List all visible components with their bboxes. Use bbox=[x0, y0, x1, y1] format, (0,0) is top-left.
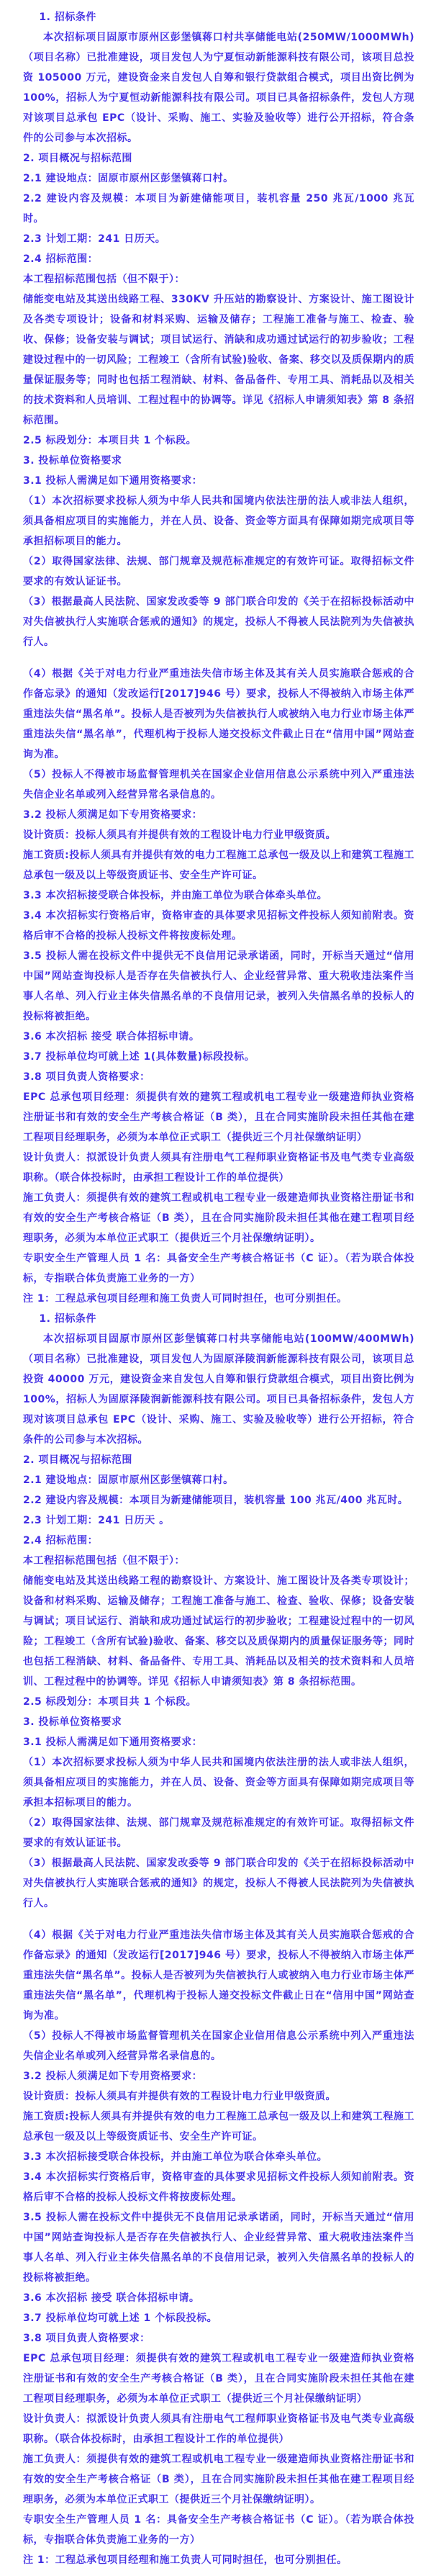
paragraph: 设计资质：投标人须具有并提供有效的工程设计电力行业甲级资质。 bbox=[23, 825, 414, 845]
paragraph: 3. 投标单位资格要求 bbox=[23, 1712, 414, 1732]
paragraph: 施工负责人：须提供有效的建筑工程或机电工程专业一级建造师执业资格注册证书和有效的… bbox=[23, 2449, 414, 2510]
paragraph: 3.6 本次招标 接受 联合体招标申请。 bbox=[23, 1027, 414, 1047]
paragraph: （3）根据最高人民法院、国家发改委等 9 部门联合印发的《关于在招标投标活动中对… bbox=[23, 1853, 414, 1914]
paragraph: 储能变电站及其送出线路工程的勘察设计、方案设计、施工图设计及各类专项设计；设备和… bbox=[23, 1571, 414, 1692]
paragraph: 2. 项目概况与招标范围 bbox=[23, 148, 414, 168]
paragraph: 3.4 本次招标实行资格后审，资格审查的具体要求见招标文件投标人须知前附表。资格… bbox=[23, 2167, 414, 2207]
paragraph: 2.2 建设内容及规模：本项目为新建储能项目，装机容量 100 兆瓦/400 兆… bbox=[23, 1490, 414, 1510]
paragraph: （2）取得国家法律、法规、部门规章及规范标准规定的有效许可证。取得招标文件要求的… bbox=[23, 551, 414, 592]
paragraph: 1. 招标条件 bbox=[23, 7, 414, 27]
paragraph: （5）投标人不得被市场监督管理机关在国家企业信用信息公示系统中列入严重违法失信企… bbox=[23, 765, 414, 805]
paragraph: 3.6 本次招标 接受 联合体招标申请。 bbox=[23, 2288, 414, 2308]
paragraph: 3.1 投标人需满足如下通用资格要求： bbox=[23, 471, 414, 491]
paragraph: 3.7 投标单位均可就上述 1(具体数量)标段投标。 bbox=[23, 1047, 414, 1067]
paragraph: 2.4 招标范围： bbox=[23, 1531, 414, 1551]
paragraph: 2.2 建设内容及规模：本项目为新建储能项目，装机容量 250 兆瓦/1000 … bbox=[23, 189, 414, 229]
paragraph: 3.7 投标单位均可就上述 1 个标段投标。 bbox=[23, 2308, 414, 2328]
paragraph: 专职安全生产管理人员 1 名：具备安全生产考核合格证书（C 证）。（若为联合体投… bbox=[23, 1248, 414, 1289]
paragraph: 本工程招标范围包括（但不限于）： bbox=[23, 269, 414, 289]
paragraph: 3.5 投标人需在投标文件中提供无不良信用记录承诺函，同时，开标当天通过“信用中… bbox=[23, 2207, 414, 2288]
paragraph: 本次招标项目固原市原州区彭堡镇蒋口村共享储能电站(100MW/400MWh)（项… bbox=[23, 1329, 414, 1450]
paragraph: 2.3 计划工期：241 日历天。 bbox=[23, 229, 414, 249]
paragraph: （1）本次招标要求投标人须为中华人民共和国境内依法注册的法人或非法人组织，须具备… bbox=[23, 1752, 414, 1813]
paragraph: 3.8 项目负责人资格要求： bbox=[23, 1067, 414, 1087]
paragraph: 2.1 建设地点：固原市原州区彭堡镇蒋口村。 bbox=[23, 1470, 414, 1490]
paragraph: 1. 招标条件 bbox=[23, 1309, 414, 1329]
paragraph: 3. 投标单位资格要求 bbox=[23, 451, 414, 471]
paragraph: 3.3 本次招标接受联合体投标，并由施工单位为联合体牵头单位。 bbox=[23, 886, 414, 906]
paragraph: 施工资质:投标人须具有并提供有效的电力工程施工总承包一级及以上和建筑工程施工总承… bbox=[23, 2107, 414, 2147]
paragraph: 3.5 投标人需在投标文件中提供无不良信用记录承诺函，同时，开标当天通过“信用中… bbox=[23, 946, 414, 1027]
tender-document: 1. 招标条件本次招标项目固原市原州区彭堡镇蒋口村共享储能电站(250MW/10… bbox=[0, 0, 436, 2576]
paragraph: 设计负责人：拟派设计负责人须具有注册电气工程师职业资格证书及电气类专业高级职称。… bbox=[23, 2409, 414, 2449]
paragraph: 3.2 投标人须满足如下专用资格要求： bbox=[23, 805, 414, 825]
paragraph: 设计资质：投标人须具有并提供有效的工程设计电力行业甲级资质。 bbox=[23, 2086, 414, 2107]
paragraph: 设计负责人：拟派设计负责人须具有注册电气工程师职业资格证书及电气类专业高级职称。… bbox=[23, 1148, 414, 1188]
paragraph: 本次招标项目固原市原州区彭堡镇蒋口村共享储能电站(250MW/1000MWh)（… bbox=[23, 27, 414, 148]
paragraph: （4）根据《关于对电力行业严重违法失信市场主体及其有关人员实施联合惩戒的合作备忘… bbox=[23, 1925, 414, 2026]
announcement-100mw-400mwh: 1. 招标条件本次招标项目固原市原州区彭堡镇蒋口村共享储能电站(100MW/40… bbox=[23, 1309, 414, 2570]
paragraph: 2.5 标段划分：本项目共 1 个标段。 bbox=[23, 1692, 414, 1712]
paragraph: 2.4 招标范围： bbox=[23, 249, 414, 269]
paragraph: （4）根据《关于对电力行业严重违法失信市场主体及其有关人员实施联合惩戒的合作备忘… bbox=[23, 664, 414, 765]
paragraph: 2.5 标段划分：本项目共 1 个标段。 bbox=[23, 431, 414, 451]
paragraph: 3.8 项目负责人资格要求： bbox=[23, 2328, 414, 2348]
announcement-250mw-1000mwh: 1. 招标条件本次招标项目固原市原州区彭堡镇蒋口村共享储能电站(250MW/10… bbox=[23, 7, 414, 1309]
paragraph: 施工负责人：须提供有效的建筑工程或机电工程专业一级建造师执业资格注册证书和有效的… bbox=[23, 1188, 414, 1248]
paragraph: （5）投标人不得被市场监督管理机关在国家企业信用信息公示系统中列入严重违法失信企… bbox=[23, 2026, 414, 2066]
paragraph: （1）本次招标要求投标人须为中华人民共和国境内依法注册的法人或非法人组织，须具备… bbox=[23, 491, 414, 551]
paragraph: EPC 总承包项目经理：须提供有效的建筑工程或机电工程专业一级建造师执业资格注册… bbox=[23, 1087, 414, 1148]
paragraph: 2.3 计划工期：241 日历天 。 bbox=[23, 1510, 414, 1531]
paragraph: 储能变电站及其送出线路工程、330KV 升压站的勘察设计、方案设计、施工图设计及… bbox=[23, 289, 414, 431]
paragraph: 3.3 本次招标接受联合体投标，并由施工单位为联合体牵头单位。 bbox=[23, 2147, 414, 2167]
paragraph: 2. 项目概况与招标范围 bbox=[23, 1450, 414, 1470]
paragraph: （3）根据最高人民法院、国家发改委等 9 部门联合印发的《关于在招标投标活动中对… bbox=[23, 592, 414, 652]
paragraph: 3.4 本次招标实行资格后审，资格审查的具体要求见招标文件投标人须知前附表。资格… bbox=[23, 906, 414, 946]
paragraph: 施工资质:投标人须具有并提供有效的电力工程施工总承包一级及以上和建筑工程施工总承… bbox=[23, 845, 414, 886]
paragraph: 注 1：工程总承包项目经理和施工负责人可同时担任，也可分别担任。 bbox=[23, 2550, 414, 2570]
paragraph: （2）取得国家法律、法规、部门规章及规范标准规定的有效许可证。取得招标文件要求的… bbox=[23, 1813, 414, 1853]
paragraph: 3.2 投标人须满足如下专用资格要求： bbox=[23, 2066, 414, 2086]
paragraph: 本工程招标范围包括（但不限于）： bbox=[23, 1551, 414, 1571]
paragraph: 2.1 建设地点：固原市原州区彭堡镇蒋口村。 bbox=[23, 168, 414, 189]
paragraph: EPC 总承包项目经理：须提供有效的建筑工程或机电工程专业一级建造师执业资格注册… bbox=[23, 2348, 414, 2409]
paragraph: 专职安全生产管理人员 1 名：具备安全生产考核合格证书（C 证）。（若为联合体投… bbox=[23, 2510, 414, 2550]
paragraph: 注 1：工程总承包项目经理和施工负责人可同时担任，也可分别担任。 bbox=[23, 1289, 414, 1309]
paragraph: 3.1 投标人需满足如下通用资格要求： bbox=[23, 1732, 414, 1752]
